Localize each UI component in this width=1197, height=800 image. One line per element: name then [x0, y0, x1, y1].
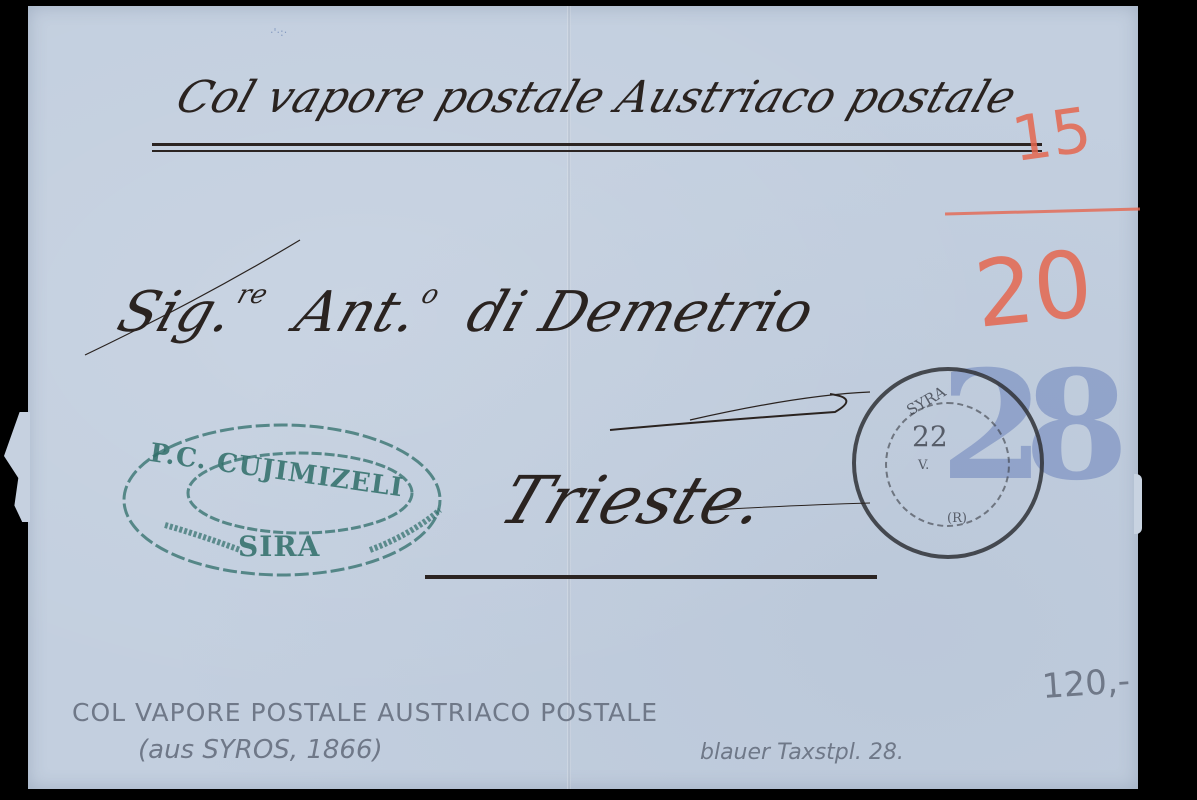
pencil-reference-note: blauer Taxstpl. 28.: [700, 740, 904, 765]
sender-handstamp-town: SIRA: [238, 530, 320, 563]
pencil-price: 120,-: [1041, 661, 1132, 707]
pencil-description: COL VAPORE POSTALE AUSTRIACO POSTALE: [72, 698, 658, 727]
sender-handstamp-oval-icon: [0, 0, 1197, 800]
pencil-origin-note: (aus SYROS, 1866): [138, 735, 383, 765]
